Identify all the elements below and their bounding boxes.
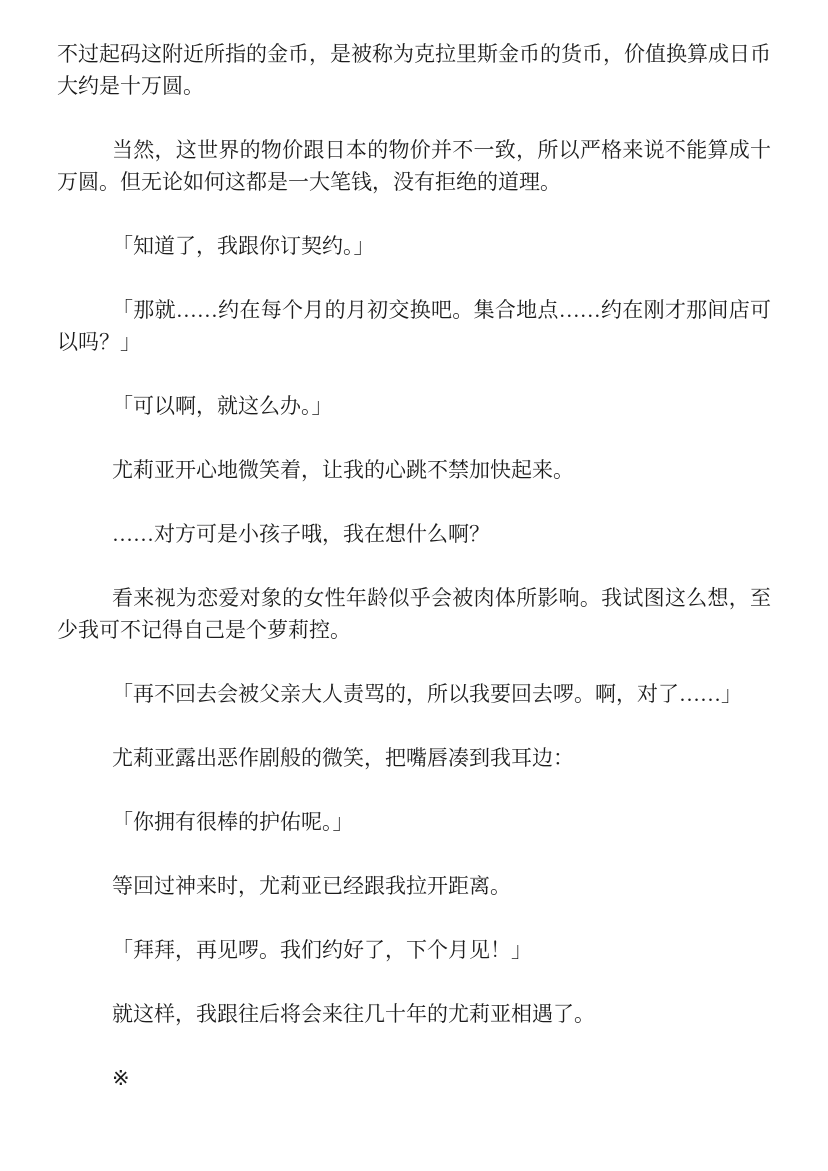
paragraph: 尤莉亚开心地微笑着，让我的心跳不禁加快起来。 bbox=[57, 454, 771, 486]
paragraph: 尤莉亚露出恶作剧般的微笑，把嘴唇凑到我耳边： bbox=[57, 742, 771, 774]
paragraph: 「你拥有很棒的护佑呢。」 bbox=[57, 806, 771, 838]
paragraph: 「知道了，我跟你订契约。」 bbox=[57, 230, 771, 262]
paragraph: 看来视为恋爱对象的女性年龄似乎会被肉体所影响。我试图这么想，至少我可不记得自己是… bbox=[57, 582, 771, 646]
document-page: 不过起码这附近所指的金币，是被称为克拉里斯金币的货币，价值换算成日币大约是十万圆… bbox=[0, 0, 828, 1171]
paragraph: 「那就……约在每个月的月初交换吧。集合地点……约在刚才那间店可以吗？」 bbox=[57, 294, 771, 358]
paragraph: 「拜拜，再见啰。我们约好了，下个月见！」 bbox=[57, 934, 771, 966]
paragraph: 等回过神来时，尤莉亚已经跟我拉开距离。 bbox=[57, 870, 771, 902]
section-break-mark: ※ bbox=[57, 1062, 771, 1094]
paragraph: 当然，这世界的物价跟日本的物价并不一致，所以严格来说不能算成十万圆。但无论如何这… bbox=[57, 134, 771, 198]
paragraph: 就这样，我跟往后将会来往几十年的尤莉亚相遇了。 bbox=[57, 998, 771, 1030]
paragraph: 「可以啊，就这么办。」 bbox=[57, 390, 771, 422]
paragraph: ……对方可是小孩子哦，我在想什么啊？ bbox=[57, 518, 771, 550]
paragraph: 不过起码这附近所指的金币，是被称为克拉里斯金币的货币，价值换算成日币大约是十万圆… bbox=[57, 38, 771, 102]
paragraph: 「再不回去会被父亲大人责骂的，所以我要回去啰。啊，对了……」 bbox=[57, 678, 771, 710]
